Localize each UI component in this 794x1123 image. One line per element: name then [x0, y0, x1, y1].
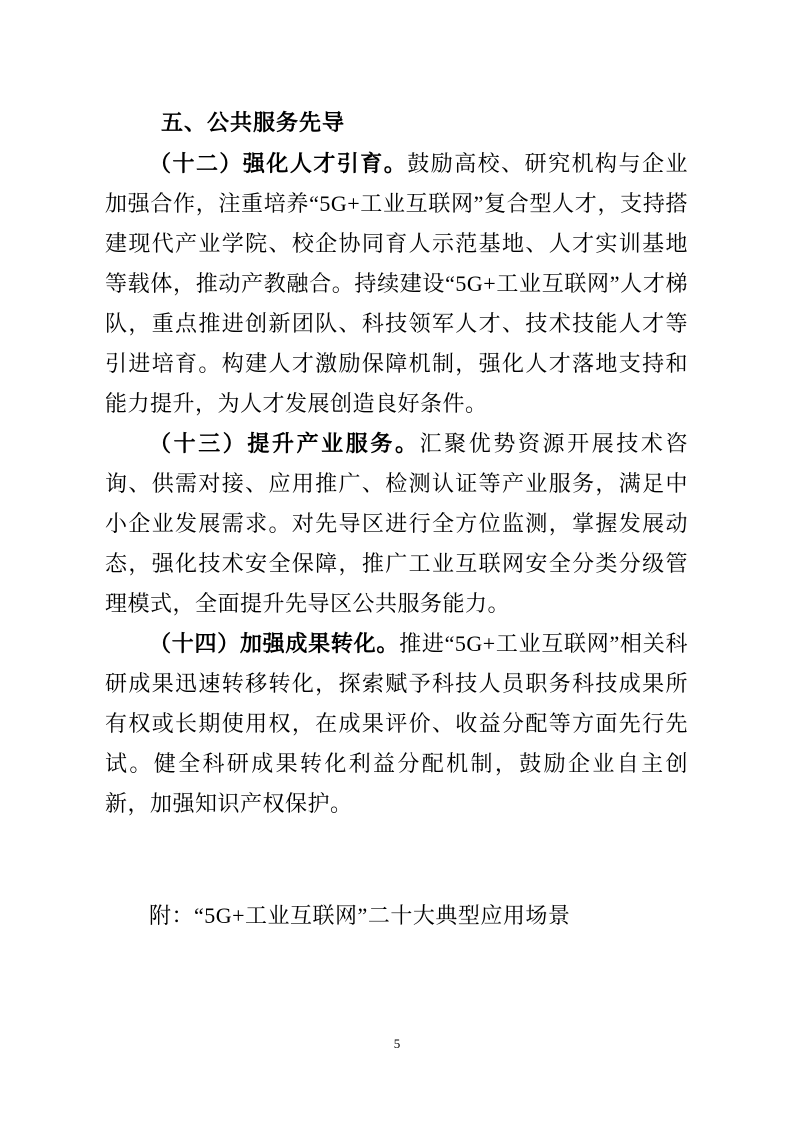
document-content: 五、公共服务先导 （十二）强化人才引育。鼓励高校、研究机构与企业加强合作，注重培…: [105, 104, 688, 936]
paragraph-13: （十三）提升产业服务。汇聚优势资源开展技术咨询、供需对接、应用推广、检测认证等产…: [105, 424, 688, 624]
paragraph-12-body: 鼓励高校、研究机构与企业加强合作，注重培养“5G+工业互联网”复合型人才，支持搭…: [105, 151, 688, 416]
paragraph-12-title: （十二）强化人才引育。: [149, 151, 407, 176]
paragraph-14-body: 推进“5G+工业互联网”相关科研成果迅速转移转化，探索赋予科技人员职务科技成果所…: [105, 631, 688, 816]
paragraph-14: （十四）加强成果转化。推进“5G+工业互联网”相关科研成果迅速转移转化，探索赋予…: [105, 624, 688, 824]
paragraph-12: （十二）强化人才引育。鼓励高校、研究机构与企业加强合作，注重培养“5G+工业互联…: [105, 144, 688, 424]
paragraph-13-title: （十三）提升产业服务。: [149, 431, 420, 456]
page-number: 5: [0, 1036, 794, 1052]
document-page: 五、公共服务先导 （十二）强化人才引育。鼓励高校、研究机构与企业加强合作，注重培…: [0, 0, 794, 1123]
paragraph-13-body: 汇聚优势资源开展技术咨询、供需对接、应用推广、检测认证等产业服务，满足中小企业发…: [105, 431, 688, 616]
section-heading: 五、公共服务先导: [105, 104, 688, 144]
paragraph-14-title: （十四）加强成果转化。: [149, 631, 399, 656]
attachment-note: 附：“5G+工业互联网”二十大典型应用场景: [105, 896, 688, 936]
